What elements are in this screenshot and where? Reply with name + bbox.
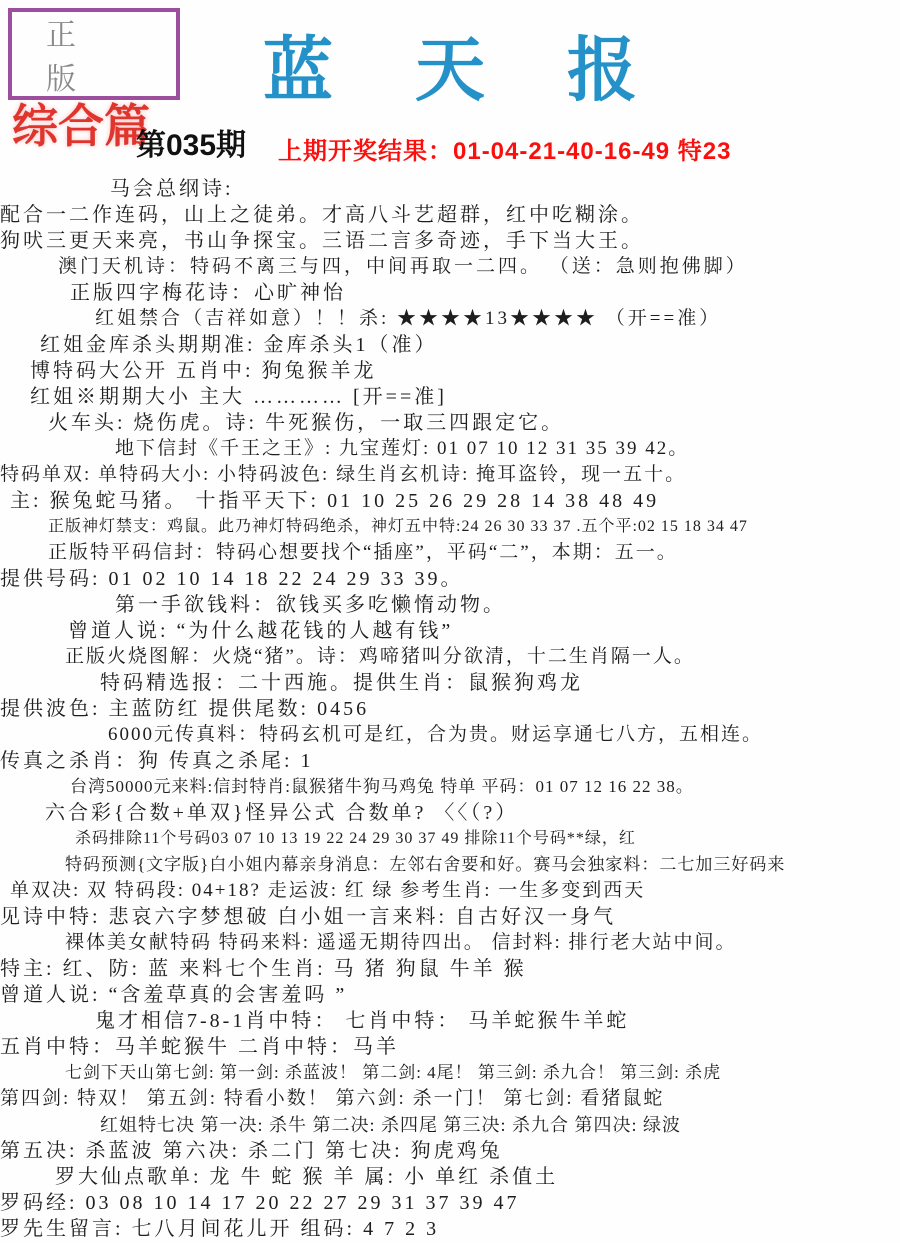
text-line: 提供号码: 01 02 10 14 18 22 24 29 33 39。 (0, 566, 900, 592)
text-line: 传真之杀肖：狗 传真之杀尾: 1 (0, 748, 900, 774)
text-line: 正版四字梅花诗：心旷神怡 (0, 280, 900, 306)
text-line: 地下信封《千王之王》: 九宝莲灯: 01 07 10 12 31 35 39 4… (0, 436, 900, 462)
newspaper-page: 正 版 蓝天报 综合篇 第035期 上期开奖结果：01-04-21-40-16-… (0, 0, 900, 1243)
text-line: 第一手欲钱料：欲钱买多吃懒惰动物。 (0, 592, 900, 618)
text-line: 正版神灯禁支：鸡鼠。此乃神灯特码绝杀，神灯五中特:24 26 30 33 37 … (0, 514, 900, 540)
text-line: 特码精选报：二十西施。提供生肖：鼠猴狗鸡龙 (0, 670, 900, 696)
text-line: 特码预测{文字版}白小姐内幕亲身消息：左邻右舍要和好。赛马会独家料：二七加三好码… (0, 852, 900, 878)
content-lines: 马会总纲诗:配合一二作连码，山上之徒弟。才高八斗艺超群，红中吃糊涂。狗吠三更天来… (0, 176, 900, 1242)
text-line: 提供波色: 主蓝防红 提供尾数: 0456 (0, 696, 900, 722)
text-line: 6000元传真料：特码玄机可是红，合为贵。财运享通七八方，五相连。 (0, 722, 900, 748)
section-title: 综合篇 (12, 90, 150, 156)
text-line: 主: 猴兔蛇马猪。 十指平天下: 01 10 25 26 29 28 14 38… (0, 488, 900, 514)
text-line: 曾道人说: “含羞草真的会害羞吗 ” (0, 982, 900, 1008)
text-line: 曾道人说: “为什么越花钱的人越有钱” (0, 618, 900, 644)
text-line: 罗先生留言: 七八月间花儿开 组码: 4 7 2 3 (0, 1216, 900, 1242)
text-line: 六合彩{合数+单双}怪异公式 合数单? 〈〈（?） (0, 800, 900, 826)
text-line: 罗大仙点歌单: 龙 牛 蛇 猴 羊 属: 小 单红 杀值土 (0, 1164, 900, 1190)
text-line: 正版特平码信封：特码心想要找个“插座”，平码“二”，本期：五一。 (0, 540, 900, 566)
text-line: 红姐金库杀头期期准: 金库杀头1（准） (0, 332, 900, 358)
text-line: 红姐特七决 第一决: 杀牛 第二决: 杀四尾 第三决: 杀九合 第四决: 绿波 (0, 1112, 900, 1138)
text-line: 红姐禁合（吉祥如意）！！杀: ★★★★13★★★★ （开==准） (0, 306, 900, 332)
text-line: 裸体美女献特码 特码来料: 遥遥无期待四出。 信封料: 排行老大站中间。 (0, 930, 900, 956)
text-line: 罗码经: 03 08 10 14 17 20 22 27 29 31 37 39… (0, 1190, 900, 1216)
text-line: 第五决: 杀蓝波 第六决: 杀二门 第七决: 狗虎鸡兔 (0, 1138, 900, 1164)
text-line: 特码单双: 单特码大小: 小特码波色: 绿生肖玄机诗: 掩耳盗铃，现一五十。 (0, 462, 900, 488)
text-line: 配合一二作连码，山上之徒弟。才高八斗艺超群，红中吃糊涂。 (0, 202, 900, 228)
text-line: 澳门天机诗：特码不离三与四，中间再取一二四。 （送：急则抱佛脚） (0, 254, 900, 280)
text-line: 单双决: 双 特码段: 04+18? 走运波: 红 绿 参考生肖: 一生多变到西… (0, 878, 900, 904)
text-line: 正版火烧图解：火烧“猪”。诗：鸡啼猪叫分欲清，十二生肖隔一人。 (0, 644, 900, 670)
text-line: 见诗中特: 悲哀六字梦想破 白小姐一言来料: 自古好汉一身气 (0, 904, 900, 930)
issue-number: 第035期 (136, 120, 246, 164)
text-line: 马会总纲诗: (0, 176, 900, 202)
text-line: 鬼才相信7-8-1肖中特： 七肖中特： 马羊蛇猴牛羊蛇 (0, 1008, 900, 1034)
last-draw-result: 上期开奖结果：01-04-21-40-16-49 特23 (278, 131, 732, 166)
text-line: 第四剑: 特双！ 第五剑: 特看小数！ 第六剑: 杀一门！ 第七剑: 看猪鼠蛇 (0, 1086, 900, 1112)
header: 正 版 蓝天报 综合篇 第035期 上期开奖结果：01-04-21-40-16-… (0, 0, 900, 176)
text-line: 博特码大公开 五肖中: 狗兔猴羊龙 (0, 358, 900, 384)
text-line: 火车头: 烧伤虎。诗: 牛死猴伤，一取三四跟定它。 (0, 410, 900, 436)
text-line: 五肖中特：马羊蛇猴牛 二肖中特：马羊 (0, 1034, 900, 1060)
text-line: 台湾50000元来料:信封特肖:鼠猴猪牛狗马鸡兔 特单 平码：01 07 12 … (0, 774, 900, 800)
text-line: 七剑下天山第七剑: 第一剑: 杀蓝波！ 第二剑: 4尾！ 第三剑: 杀九合！ 第… (0, 1060, 900, 1086)
text-line: 特主: 红、防: 蓝 来料七个生肖: 马 猪 狗鼠 牛羊 猴 (0, 956, 900, 982)
text-line: 杀码排除11个号码03 07 10 13 19 22 24 29 30 37 4… (0, 826, 900, 852)
text-line: 红姐※期期大小 主大 ………… [开==准] (0, 384, 900, 410)
text-line: 狗吠三更天来亮，书山争探宝。三语二言多奇迹，手下当大王。 (0, 228, 900, 254)
